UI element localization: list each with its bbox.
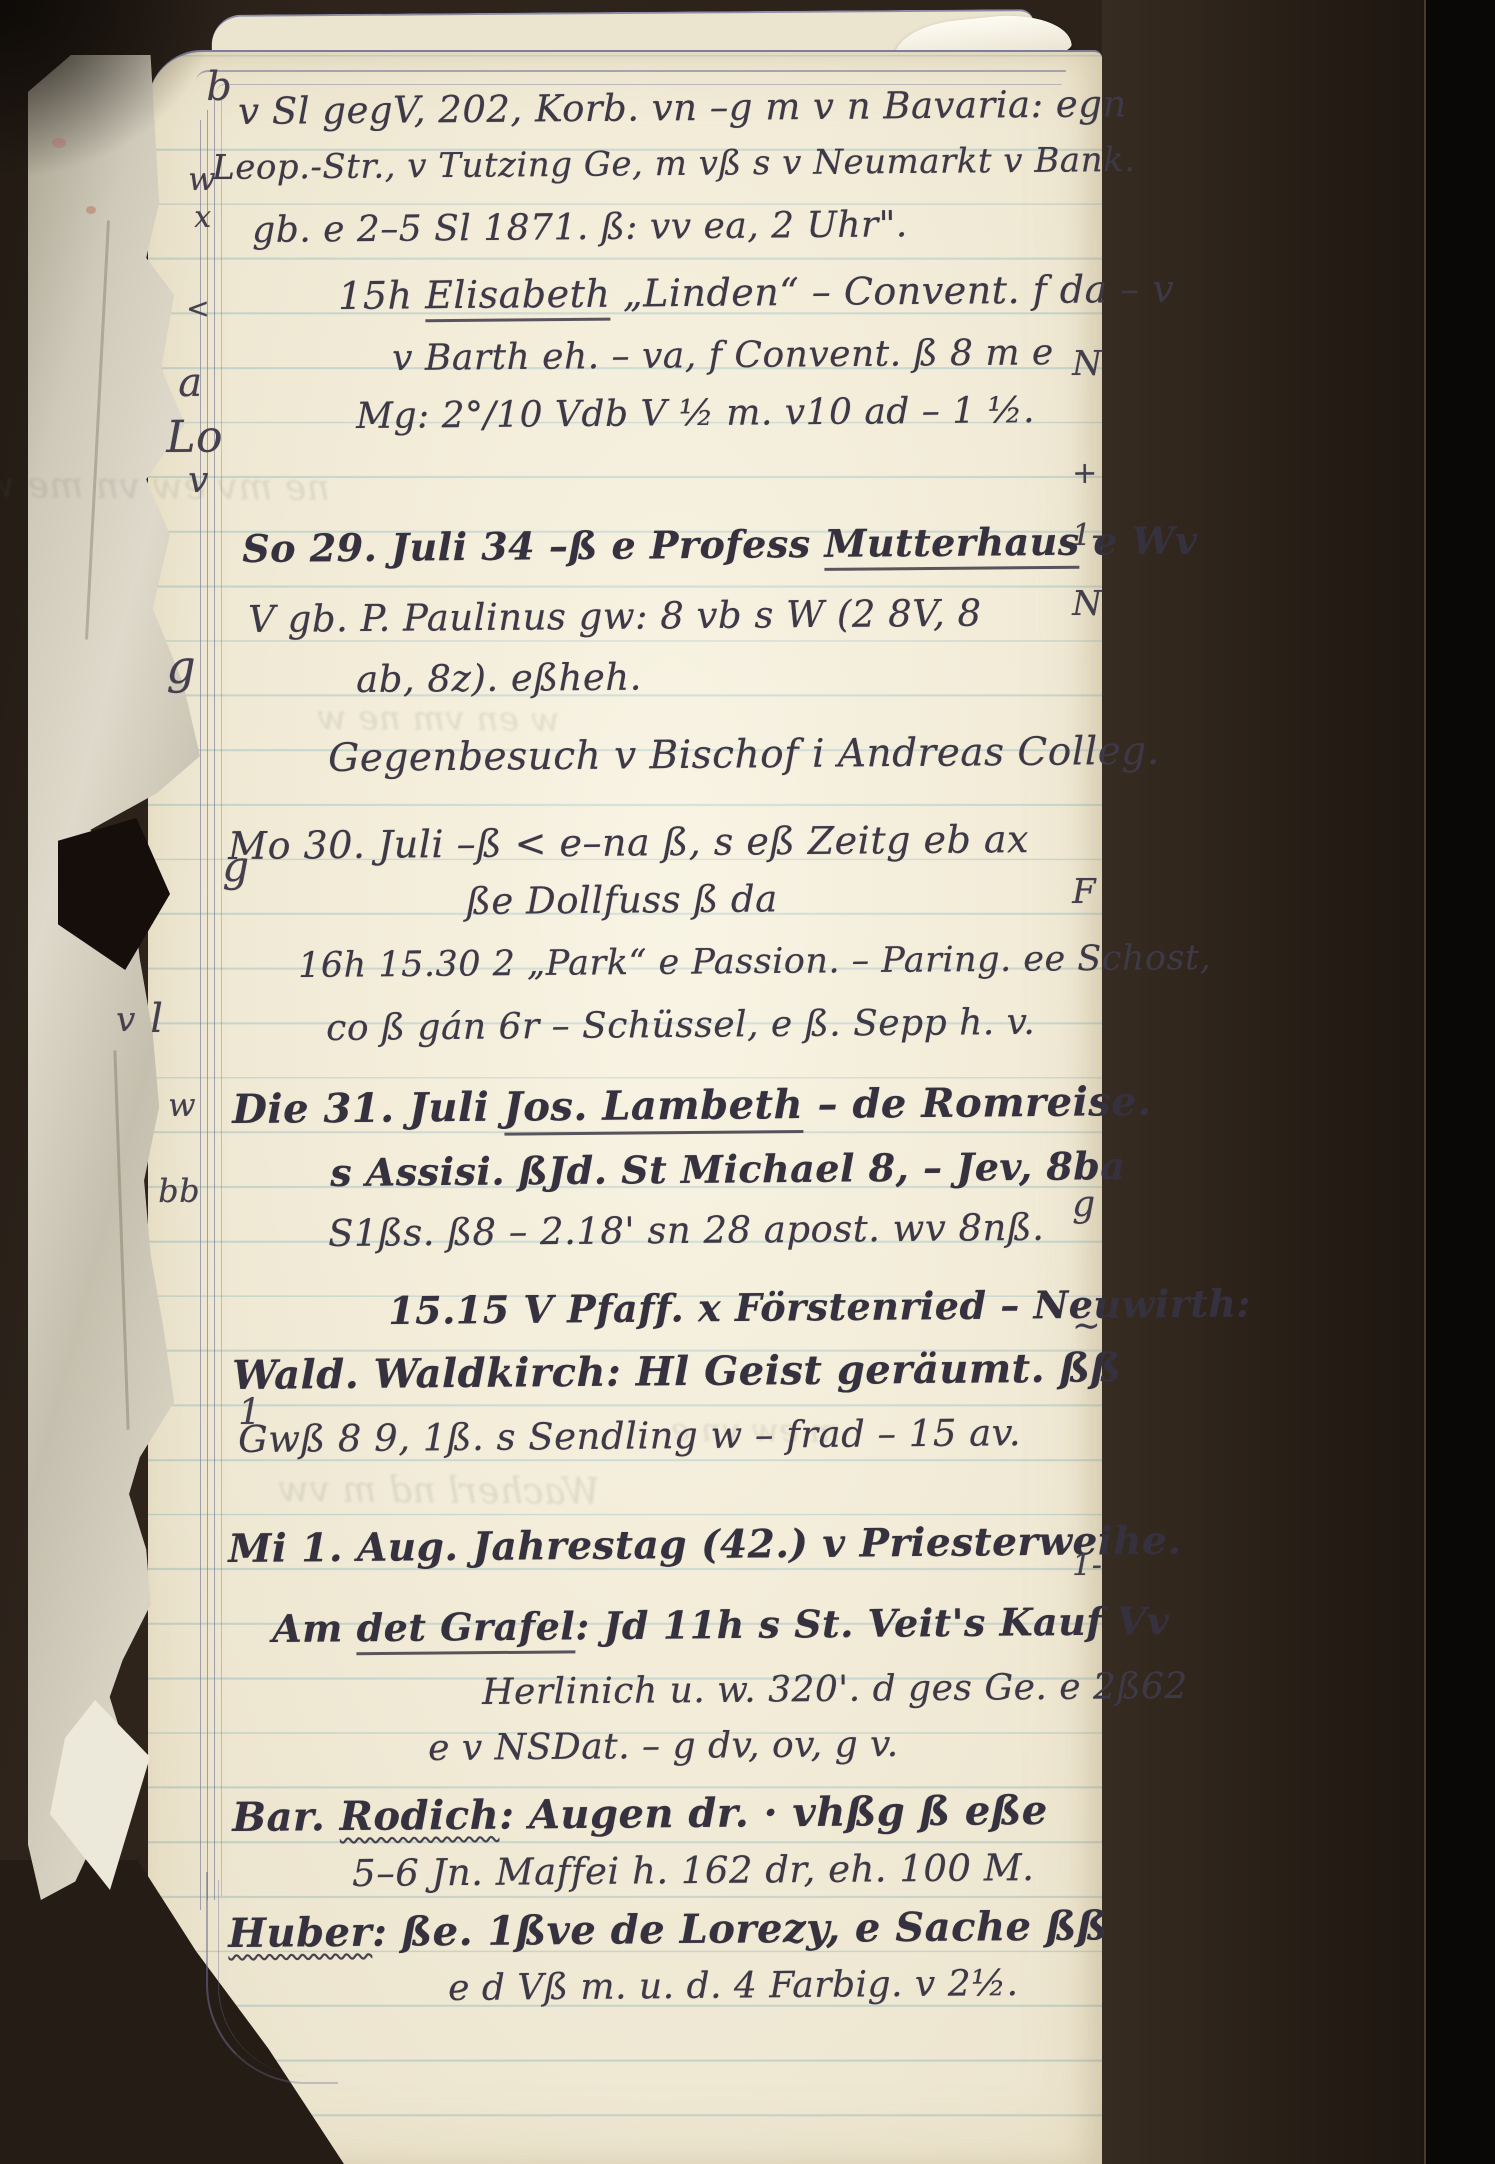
- diary-line: s Assisi. ßJd. St Michael 8, – Jev, 8ba: [330, 1143, 1126, 1195]
- edge-fragment: F: [1072, 872, 1096, 912]
- diary-line: Huber: ße. 1ßve de Lorezy, e Sache ßß: [228, 1902, 1108, 1957]
- diary-text-segment: 1-: [1072, 1548, 1103, 1583]
- margin-mark: <: [186, 292, 210, 325]
- diary-text-segment: Mo 30. Juli –ß < e–na ß, s eß Zeitg eb a…: [228, 817, 1029, 868]
- diary-text-segment: N: [1072, 584, 1103, 624]
- diary-text-segment: l: [150, 996, 164, 1042]
- diary-text-segment: g: [1072, 1184, 1096, 1225]
- diary-text-segment: Wacherl nd m vw: [278, 1469, 600, 1513]
- diary-line: v Sl gegV, 202, Korb. vn –g m v n Bavari…: [238, 82, 1127, 133]
- margin-mark: g: [166, 640, 196, 694]
- diary-text-segment: Bar.: [232, 1793, 340, 1841]
- diary-text-segment: +: [1072, 456, 1098, 491]
- diary-line: Mo 30. Juli –ß < e–na ß, s eß Zeitg eb a…: [228, 817, 1029, 868]
- diary-text-segment: v: [116, 1000, 136, 1040]
- edge-fragment: g: [1072, 1184, 1096, 1225]
- diary-line: e d Vß m. u. d. 4 Farbig. v 2½.: [448, 1963, 1019, 2009]
- diary-text-segment: So 29. Juli 34 –ß e Profess: [242, 521, 825, 571]
- diary-text-segment: Leop.-Str., v Tutzing Ge, m vß s v Neuma…: [212, 140, 1136, 188]
- diary-text-segment: Huber: [228, 1909, 372, 1957]
- diary-text-segment: g: [166, 640, 196, 694]
- diary-text-segment: <: [186, 292, 210, 325]
- diary-text-segment: ße Dollfuss ß da: [466, 877, 778, 923]
- diary-text-segment: co ß gán 6r – Schüssel, e ß. Sepp h. v.: [326, 1002, 1035, 1049]
- diary-line: v Barth eh. – va, f Convent. ß 8 m e: [392, 332, 1054, 379]
- diary-text-segment: Mi 1. Aug. Jahrestag (42.) v Priesterwei…: [228, 1518, 1182, 1572]
- diary-line: Mg: 2°/10 Vdb V ½ m. v10 ad – 1 ½.: [356, 390, 1035, 437]
- diary-text-segment: a: [178, 360, 203, 406]
- margin-mark: g: [222, 842, 250, 891]
- diary-text-segment: : Augen dr. · vhßg ß eße: [499, 1787, 1048, 1839]
- diary-text-segment: gb. e 2–5 Sl 1871. ß: vv ea, 2 Uhr".: [252, 204, 908, 251]
- margin-mark: 1: [238, 1392, 262, 1433]
- diary-text-segment: – de Romreise.: [803, 1078, 1152, 1128]
- bleedthrough-text: ne mv ew vn me w: [0, 465, 330, 509]
- diary-text-segment: Die 31. Juli: [232, 1084, 504, 1133]
- diary-text-segment: 5–6 Jn. Maffei h. 162 dr, eh. 100 M.: [352, 1846, 1035, 1895]
- diary-line: e v NSDat. – g dv, ov, g v.: [428, 1724, 899, 1769]
- margin-mark: a: [178, 360, 203, 406]
- diary-line: ße Dollfuss ß da: [466, 877, 778, 923]
- diary-text-segment: Am: [272, 1605, 357, 1651]
- diary-line: 15h Elisabeth „Linden“ – Convent. f da –…: [338, 267, 1175, 318]
- diary-line: 5–6 Jn. Maffei h. 162 dr, eh. 100 M.: [352, 1846, 1035, 1895]
- diary-text-segment: ne mv ew vn me w: [0, 465, 330, 509]
- diary-text-segment: 1: [238, 1392, 262, 1433]
- diary-text-segment: V gb. P. Paulinus gw: 8 vb s W (2 8V, 8: [248, 592, 982, 641]
- diary-text-segment: g: [222, 842, 250, 891]
- diary-line: So 29. Juli 34 –ß e Profess Mutterhaus e…: [242, 518, 1198, 571]
- diary-text-segment: Herlinich u. w. 320'. d ges Ge. e 2ß62: [482, 1666, 1188, 1713]
- diary-text-segment: „Linden“ – Convent. f da – v: [610, 267, 1174, 316]
- diary-text-segment: N: [1072, 344, 1103, 384]
- diary-line: Die 31. Juli Jos. Lambeth – de Romreise.: [232, 1078, 1152, 1133]
- dark-corner-top-left: [0, 0, 220, 180]
- diary-text-segment: e v NSDat. – g dv, ov, g v.: [428, 1724, 899, 1769]
- diary-text-segment: s Assisi. ßJd. St Michael 8, – Jev, 8ba: [330, 1143, 1126, 1195]
- diary-text-segment: Elisabeth: [425, 272, 611, 323]
- diary-line: co ß gán 6r – Schüssel, e ß. Sepp h. v.: [326, 1002, 1035, 1049]
- diary-text-segment: e d Vß m. u. d. 4 Farbig. v 2½.: [448, 1963, 1019, 2009]
- edge-fragment: 1-: [1072, 1548, 1103, 1583]
- diary-text-segment: v: [188, 460, 209, 501]
- diary-text-segment: : Jd 11h s St. Veit's Kauf Vv: [575, 1598, 1170, 1648]
- edge-fragment: +: [1072, 456, 1098, 491]
- edge-fragment: N: [1072, 344, 1103, 384]
- diary-line: Wald. Waldkirch: Hl Geist geräumt. ßß: [232, 1344, 1121, 1399]
- edge-fragment: 1-: [1072, 518, 1103, 553]
- diary-text-segment: F: [1072, 872, 1096, 912]
- margin-mark: w: [168, 1086, 196, 1124]
- diary-line: Gwß 8 9, 1ß. s Sendling w – frad – 15 av…: [238, 1411, 1021, 1461]
- diary-line: Mi 1. Aug. Jahrestag (42.) v Priesterwei…: [228, 1518, 1182, 1572]
- diary-line: Leop.-Str., v Tutzing Ge, m vß s v Neuma…: [212, 140, 1136, 188]
- diary-text-segment: Jos. Lambeth: [504, 1081, 804, 1136]
- margin-mark: v: [116, 1000, 136, 1040]
- diary-text-segment: Mg: 2°/10 Vdb V ½ m. v10 ad – 1 ½.: [356, 390, 1035, 437]
- diary-line: V gb. P. Paulinus gw: 8 vb s W (2 8V, 8: [248, 592, 982, 641]
- margin-mark: v: [188, 460, 209, 501]
- diary-text-segment: 15.15 V Pfaff. x Förstenried – Neuwirth:: [388, 1280, 1251, 1333]
- diary-text-segment: Gwß 8 9, 1ß. s Sendling w – frad – 15 av…: [238, 1411, 1021, 1461]
- diary-text-segment: 16h 15.30 2 „Park“ e Passion. – Paring. …: [298, 938, 1211, 986]
- diary-text-segment: 1-: [1072, 518, 1103, 553]
- scanned-diary-photo: ne mv ew vn me ww en vm ne wm ew vn eWac…: [0, 0, 1495, 2164]
- edge-fragment: ~: [1072, 1306, 1101, 1346]
- diary-text-segment: Wald. Waldkirch: Hl Geist geräumt. ßß: [232, 1344, 1121, 1399]
- diary-text-segment: det Grafel: [356, 1603, 575, 1655]
- diary-line: ab, 8z). eßheh.: [356, 656, 642, 701]
- diary-line: 15.15 V Pfaff. x Förstenried – Neuwirth:: [388, 1280, 1251, 1333]
- diary-text-segment: ab, 8z). eßheh.: [356, 656, 642, 701]
- diary-line: 16h 15.30 2 „Park“ e Passion. – Paring. …: [298, 938, 1211, 986]
- diary-text-segment: S1ßs. ß8 – 2.18' sn 28 apost. wv 8nß.: [328, 1206, 1045, 1255]
- diary-line: Herlinich u. w. 320'. d ges Ge. e 2ß62: [482, 1666, 1188, 1713]
- diary-text-segment: bb: [158, 1172, 200, 1210]
- diary-text-segment: Mutterhaus: [824, 519, 1080, 571]
- diary-line: Bar. Rodich: Augen dr. · vhßg ß eße: [232, 1787, 1048, 1841]
- diary-text-segment: w: [168, 1086, 196, 1124]
- diary-text-segment: Lo: [166, 412, 223, 463]
- diary-text-segment: x: [194, 200, 212, 235]
- diary-text-segment: v Sl gegV, 202, Korb. vn –g m v n Bavari…: [238, 82, 1127, 133]
- bleedthrough-text: Wacherl nd m vw: [278, 1469, 600, 1513]
- diary-line: Am det Grafel: Jd 11h s St. Veit's Kauf …: [272, 1598, 1170, 1651]
- margin-mark: x: [194, 200, 212, 235]
- diary-text-segment: : ße. 1ßve de Lorezy, e Sache ßß: [372, 1902, 1108, 1955]
- diary-text-segment: v Barth eh. – va, f Convent. ß 8 m e: [392, 332, 1054, 379]
- diary-line: S1ßs. ß8 – 2.18' sn 28 apost. wv 8nß.: [328, 1206, 1045, 1255]
- diary-text-segment: 15h: [338, 273, 425, 318]
- handwriting-layer: ne mv ew vn me ww en vm ne wm ew vn eWac…: [0, 0, 1495, 2164]
- diary-text-segment: Gegenbesuch v Bischof i Andreas Colleg.: [328, 729, 1160, 781]
- diary-line: gb. e 2–5 Sl 1871. ß: vv ea, 2 Uhr".: [252, 204, 908, 251]
- margin-mark: bb: [158, 1172, 200, 1210]
- diary-line: Gegenbesuch v Bischof i Andreas Colleg.: [328, 729, 1160, 781]
- edge-fragment: N: [1072, 584, 1103, 624]
- diary-text-segment: Rodich: [339, 1792, 499, 1840]
- margin-mark: l: [150, 996, 164, 1042]
- margin-mark: Lo: [166, 412, 223, 463]
- diary-text-segment: ~: [1072, 1306, 1101, 1346]
